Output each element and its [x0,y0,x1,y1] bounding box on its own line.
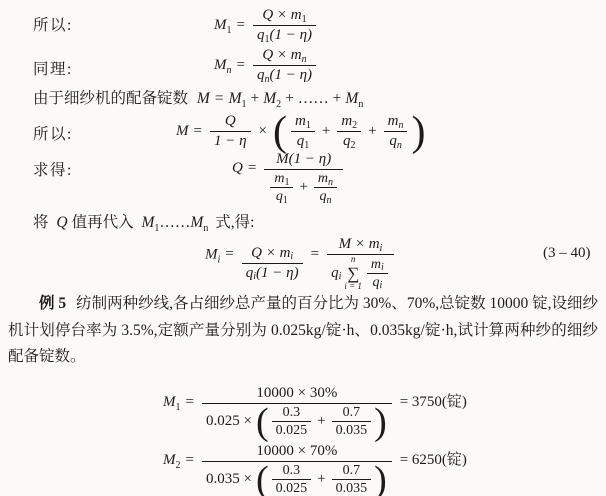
denominator: q1 [270,187,293,205]
math-var: M [205,246,218,262]
numerator: 10000 × 70% [202,442,392,461]
math-text: Q × m [262,46,301,65]
denominator: qin∑i = 1miqi [327,254,394,292]
fraction: mnqn [384,112,408,151]
math-var: M [190,214,203,231]
math-text: m [388,112,399,131]
denominator: qn [384,131,408,151]
numerator: mi [367,256,388,273]
math-var: M [163,394,176,410]
math-sub: n [326,196,331,206]
plus-sign: + [299,178,307,197]
result-text: = 3750(锭) [400,394,467,410]
numerator: Q × mi [242,244,303,263]
math-sub: i [379,281,382,291]
numerator: M × mi [327,235,394,254]
math-text: q [372,274,379,291]
line-text: 由于细纱机的配备锭数 [33,90,188,107]
denominator: qn [314,187,337,205]
math-text: Q × m [262,6,301,25]
label-suoyi-2: 所以: [33,122,73,144]
math-sub: 2 [351,141,356,151]
math-text: m [318,170,328,187]
math-sub: n [397,141,402,151]
equals-sign: = [311,246,319,262]
label-qiude: 求得: [33,158,73,180]
math-text: q [331,264,339,283]
equals-sign: = [215,90,224,107]
fraction: Q × miqi(1 − η) [242,244,303,283]
math-sub: n [302,55,307,65]
math-var: M [163,452,176,468]
numerator: mn [314,170,337,187]
example-body: 纺制两种纱线,各占细纱总产量的百分比为 30%、70%,总锭数 10000 锭,… [8,295,598,365]
summation: n∑i = 1 [344,255,362,292]
example-paragraph: 例 5纺制两种纱线,各占细纱总产量的百分比为 30%、70%,总锭数 10000… [8,291,598,371]
fraction: M × miqin∑i = 1miqi [327,235,394,292]
equals-sign: = [186,394,194,410]
plus-sign: + [317,470,325,489]
numerator: m2 [337,112,361,131]
sigma-symbol: ∑ [347,265,359,282]
math-sub: 1 [241,99,246,110]
equals-sign: = [194,123,202,139]
denominator: q1(1 − η) [253,25,316,45]
numerator: m1 [291,112,315,131]
math-sub: i [253,272,256,282]
equation-example-m2: M2=10000 × 70%0.035 ×(0.30.025+0.70.035)… [163,424,467,496]
math-sub: 1 [284,178,289,188]
numerator: 0.3 [272,462,312,479]
denominator: m1q1+mnqn [264,169,343,205]
math-sub: 1 [283,196,288,206]
denominator: 0.035 ×(0.30.025+0.70.035) [202,461,392,496]
fraction: Q × mnqn(1 − η) [253,46,316,85]
math-text: m [371,256,381,273]
fraction: Q × m1q1(1 − η) [253,6,316,45]
math-text: M(1 − η) [276,150,331,169]
math-sub: i [290,252,293,262]
fraction: mnqn [314,170,337,205]
math-sub: 1 [302,15,307,25]
document-page: 所以: M1=Q × m1q1(1 − η) 同理: Mn=Q × mnqn(1… [0,0,606,496]
denominator: 0.025 [272,479,312,496]
equation-number-tag: (3 – 40) [543,245,591,262]
math-sub: i [381,263,384,273]
math-var: M [229,90,242,107]
math-text: q [319,188,326,205]
math-sub: i [339,272,342,282]
numerator: m1 [270,170,293,187]
math-sub: 1 [306,121,311,131]
math-var: M [214,57,227,73]
math-text: m [274,170,284,187]
math-text: q [276,188,283,205]
fraction: M(1 − η)m1q1+mnqn [264,150,343,205]
math-var: Q [232,160,243,176]
math-text: m [341,112,352,131]
math-var: M [263,90,276,107]
equals-sign: = [237,17,245,33]
numerator: 0.7 [332,462,372,479]
math-text: (1 − η) [256,264,299,283]
denominator: 0.035 [332,479,372,496]
math-text: M × m [339,235,380,254]
numerator: 0.7 [332,404,372,421]
line-text: 将 [33,214,49,231]
equation-mn: Mn=Q × mnqn(1 − η) [214,46,319,85]
math-sub: n [227,65,232,76]
math-var: M [214,17,227,33]
numerator: mn [384,112,408,131]
numerator: 0.3 [272,404,312,421]
ellipsis-plus: + …… + [285,90,341,107]
fraction: m1q1 [270,170,293,205]
fraction: miqi [367,256,388,291]
math-text: q [389,132,397,151]
math-text: Q × m [251,244,290,263]
equation-m1: M1=Q × m1q1(1 − η) [214,6,319,45]
math-sub: 2 [176,460,181,471]
math-text: q [257,26,265,45]
plus-sign: + [368,123,376,139]
result-text: = 6250(锭) [400,452,467,468]
equation-3-40: Mi=Q × miqi(1 − η)=M × miqin∑i = 1miqi [205,218,397,292]
fraction: 10000 × 70%0.035 ×(0.30.025+0.70.035) [202,442,392,496]
math-text: (1 − η) [269,26,312,45]
math-text: 0.035 × [206,470,252,489]
math-var: Q [56,214,67,231]
math-sub: i [218,254,221,265]
ellipsis: …… [159,214,190,231]
numerator: M(1 − η) [264,150,343,169]
math-var: M [176,123,189,139]
example-label: 例 5 [39,295,66,312]
numerator: 10000 × 30% [202,384,392,403]
numerator: Q × mn [253,46,316,65]
plus-sign: + [250,90,259,107]
denominator: qn(1 − η) [253,65,316,85]
denominator: qi [367,273,388,291]
equals-sign: = [186,452,194,468]
label-suoyi-1: 所以: [33,13,73,35]
fraction: 0.30.025 [272,462,312,496]
line-spindle-total: 由于细纱机的配备锭数 M=M1+M2+ …… +Mn [33,86,363,110]
math-sub: n [358,99,363,110]
math-text: q [257,66,265,85]
numerator: Q [210,112,251,131]
numerator: Q × m1 [253,6,316,25]
equation-q-solved: Q=M(1 − η)m1q1+mnqn [232,132,346,205]
math-sub: n [398,121,403,131]
math-text: (1 − η) [269,66,312,85]
math-text: q [246,264,254,283]
equals-sign: = [237,57,245,73]
math-sub: n [264,75,269,85]
label-tongli: 同理: [33,57,73,79]
denominator: qi(1 − η) [242,263,303,283]
math-sub: 1 [264,35,269,45]
line-text: 值再代入 [72,214,134,231]
math-sub: i [380,244,383,254]
math-text: m [295,112,306,131]
math-sub: n [328,178,333,188]
math-sub: 2 [352,121,357,131]
math-var: M [197,90,210,107]
math-var: M [141,214,154,231]
fraction: 0.70.035 [332,462,372,496]
equals-sign: = [225,246,233,262]
equals-sign: = [248,160,256,176]
math-sub: 1 [176,402,181,413]
math-sub: 1 [227,25,232,36]
math-var: M [345,90,358,107]
math-text: Q [225,112,236,131]
